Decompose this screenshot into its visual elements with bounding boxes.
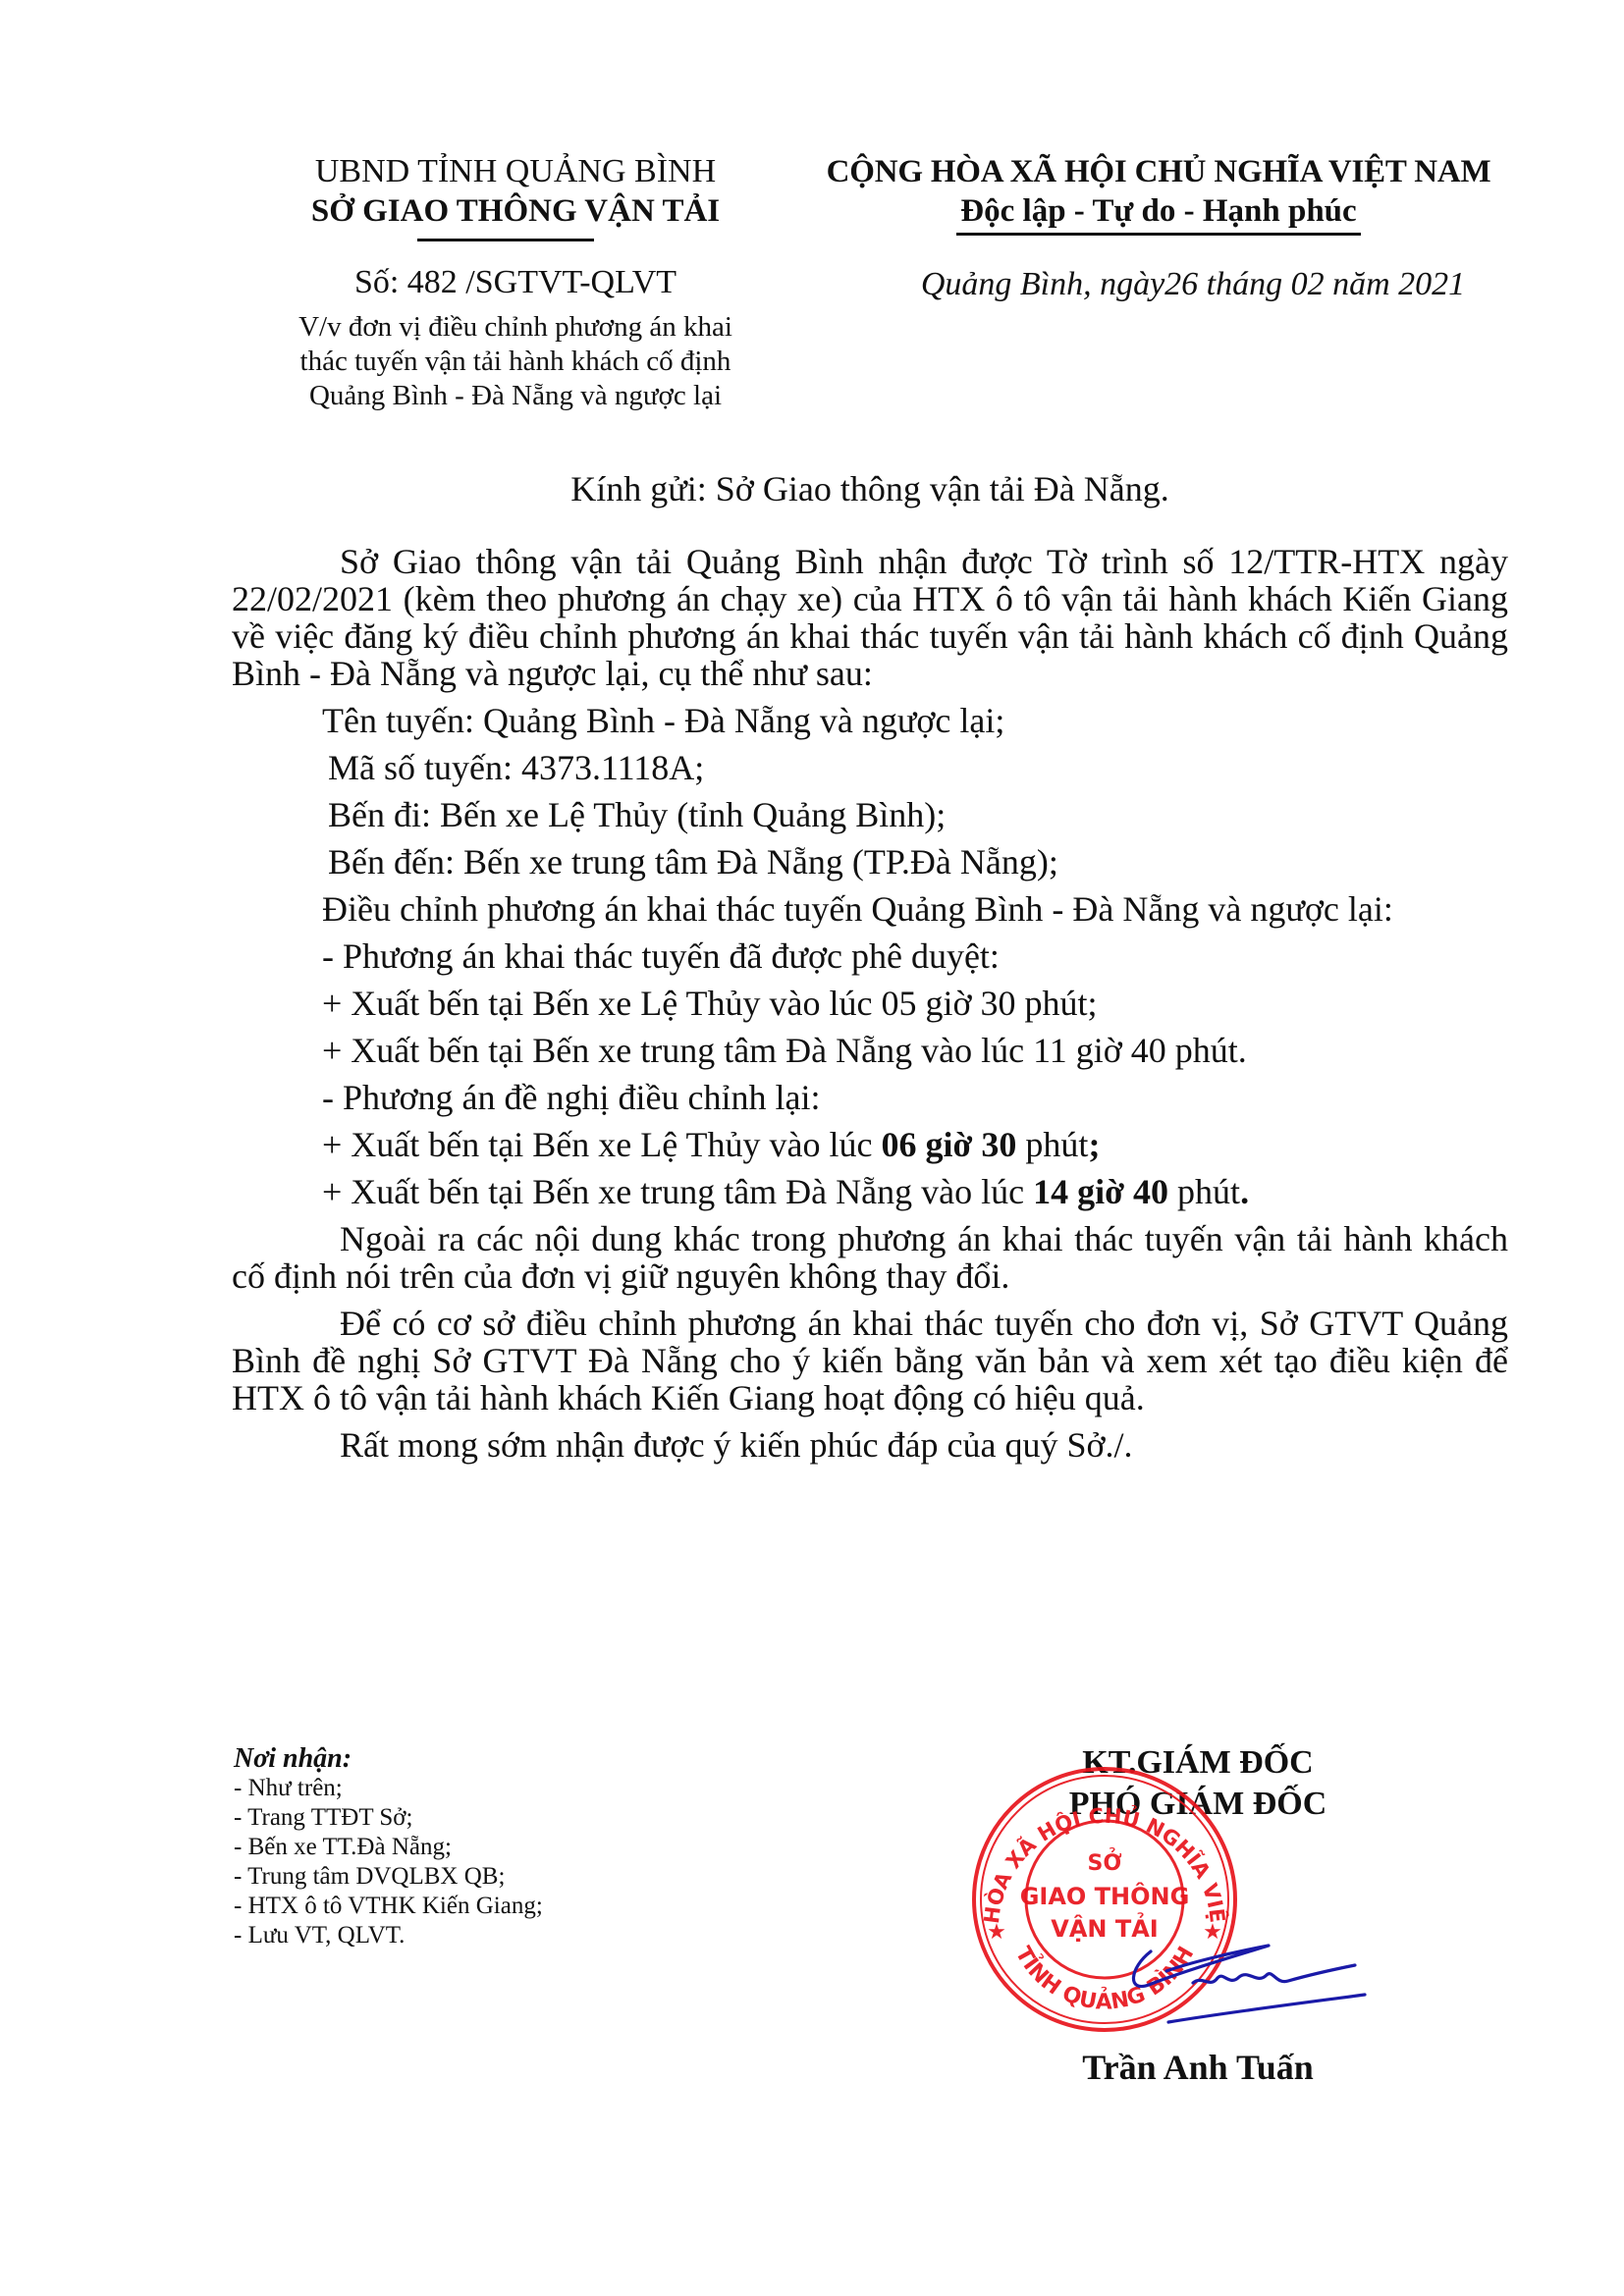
approved-item: + Xuất bến tại Bến xe trung tâm Đà Nẵng … bbox=[232, 1032, 1508, 1069]
distribution-item: - Bến xe TT.Đà Nẵng; bbox=[234, 1833, 705, 1862]
distribution-item: - Như trên; bbox=[234, 1774, 705, 1803]
subject-line: Quảng Bình - Đà Nẵng và ngược lại bbox=[245, 379, 785, 413]
proposed-item-text: + Xuất bến tại Bến xe Lệ Thủy vào lúc bbox=[322, 1125, 881, 1164]
proposed-item-text: phút bbox=[1016, 1125, 1088, 1164]
arrival-station: Bến đến: Bến xe trung tâm Đà Nẵng (TP.Đà… bbox=[232, 843, 1508, 881]
route-code: Mã số tuyến: 4373.1118A; bbox=[232, 749, 1508, 786]
adjustment-title: Điều chỉnh phương án khai thác tuyến Quả… bbox=[232, 890, 1508, 928]
issuing-authority-block: UBND TỈNH QUẢNG BÌNH SỞ GIAO THÔNG VẬN T… bbox=[245, 152, 785, 413]
document-subject: V/v đơn vị điều chỉnh phương án khai thá… bbox=[245, 310, 785, 413]
handwritten-signature-icon bbox=[1119, 1924, 1434, 2042]
letter-body: Sở Giao thông vận tải Quảng Bình nhận đư… bbox=[232, 543, 1508, 1464]
distribution-list: Nơi nhận: - Như trên; - Trang TTĐT Sở; -… bbox=[234, 1744, 705, 1950]
signer-name: Trần Anh Tuấn bbox=[943, 2047, 1453, 2088]
proposed-time: 06 giờ 30 bbox=[881, 1125, 1016, 1164]
distribution-item: - HTX ô tô VTHK Kiến Giang; bbox=[234, 1892, 705, 1921]
proposed-item-text: phút bbox=[1168, 1172, 1240, 1211]
subject-line: V/v đơn vị điều chỉnh phương án khai bbox=[245, 310, 785, 345]
route-name: Tên tuyến: Quảng Bình - Đà Nẵng và ngược… bbox=[232, 702, 1508, 739]
proposed-item: + Xuất bến tại Bến xe Lệ Thủy vào lúc 06… bbox=[232, 1126, 1508, 1163]
document-number: Số: 482 /SGTVT-QLVT bbox=[245, 263, 785, 302]
closing-paragraph: Rất mong sớm nhận được ý kiến phúc đáp c… bbox=[232, 1426, 1508, 1464]
seal-center-text: SỞ bbox=[1087, 1848, 1121, 1876]
national-header-block: CỘNG HÒA XÃ HỘI CHỦ NGHĨA VIỆT NAM Độc l… bbox=[781, 152, 1537, 304]
subject-line: thác tuyến vận tải hành khách cố định bbox=[245, 345, 785, 379]
approved-item: + Xuất bến tại Bến xe Lệ Thủy vào lúc 05… bbox=[232, 985, 1508, 1022]
other-content-paragraph: Ngoài ra các nội dung khác trong phương … bbox=[232, 1220, 1508, 1295]
distribution-item: - Trang TTĐT Sở; bbox=[234, 1803, 705, 1833]
authority-name: UBND TỈNH QUẢNG BÌNH bbox=[245, 152, 785, 191]
issue-date: Quảng Bình, ngày26 tháng 02 năm 2021 bbox=[781, 265, 1537, 304]
proposed-item-text: + Xuất bến tại Bến xe trung tâm Đà Nẵng … bbox=[322, 1172, 1033, 1211]
distribution-title: Nơi nhận: bbox=[234, 1744, 705, 1774]
proposed-item-end: ; bbox=[1088, 1125, 1100, 1164]
distribution-item: - Trung tâm DVQLBX QB; bbox=[234, 1862, 705, 1892]
distribution-item: - Lưu VT, QLVT. bbox=[234, 1921, 705, 1950]
approved-plan-title: - Phương án khai thác tuyến đã được phê … bbox=[232, 937, 1508, 975]
departure-station: Bến đi: Bến xe Lệ Thủy (tỉnh Quảng Bình)… bbox=[232, 796, 1508, 833]
proposed-item-end: . bbox=[1240, 1172, 1249, 1211]
agency-underline bbox=[417, 239, 594, 241]
addressee: Kính gửi: Sở Giao thông vận tải Đà Nẵng. bbox=[232, 469, 1508, 508]
proposed-item: + Xuất bến tại Bến xe trung tâm Đà Nẵng … bbox=[232, 1173, 1508, 1210]
svg-text:★: ★ bbox=[987, 1920, 1006, 1945]
proposed-time: 14 giờ 40 bbox=[1033, 1172, 1168, 1211]
agency-name: SỞ GIAO THÔNG VẬN TẢI bbox=[245, 191, 785, 231]
seal-center-text: GIAO THÔNG bbox=[1020, 1881, 1190, 1910]
nation-title: CỘNG HÒA XÃ HỘI CHỦ NGHĨA VIỆT NAM bbox=[781, 152, 1537, 191]
request-paragraph: Để có cơ sở điều chỉnh phương án khai th… bbox=[232, 1305, 1508, 1416]
proposed-plan-title: - Phương án đề nghị điều chỉnh lại: bbox=[232, 1079, 1508, 1116]
intro-paragraph: Sở Giao thông vận tải Quảng Bình nhận đư… bbox=[232, 543, 1508, 692]
national-motto: Độc lập - Tự do - Hạnh phúc bbox=[956, 191, 1360, 236]
